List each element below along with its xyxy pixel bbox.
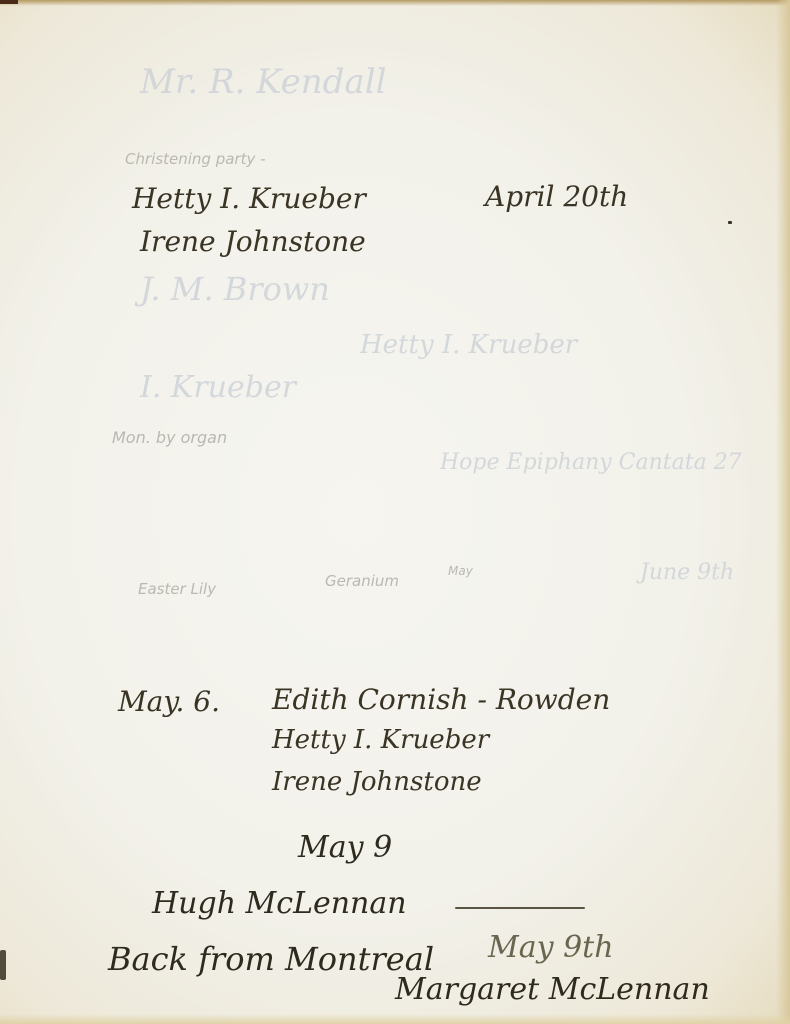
bleed-through-text: Hope Epiphany Cantata 27 [440,450,742,475]
entry-date: May 9 [298,830,392,865]
entry-signature: Hugh McLennan [152,886,407,921]
entry-signature: Edith Cornish - Rowden [272,683,610,716]
entry-signature: Irene Johnstone [140,225,366,258]
pencil-note: Easter Lily [138,580,216,598]
entry-signature: Hetty I. Krueber [132,182,366,215]
pencil-note: Geranium [325,572,399,590]
page-top-edge [0,0,790,6]
bleed-through-text: J. M. Brown [140,270,330,308]
bleed-through-text: June 9th [640,560,734,585]
entry-date: April 20th [485,180,628,213]
binding-mark [0,950,6,980]
bleed-through-text: I. Krueber [140,370,296,405]
bleed-through-text: Hetty I. Krueber [360,330,577,360]
entry-signature: Hetty I. Krueber [272,725,489,755]
pencil-note: May [448,564,473,578]
entry-date: May. 6. [118,685,220,718]
pencil-note: Christening party - [125,150,266,168]
entry-note: Back from Montreal [108,940,434,978]
page-bottom-edge [0,1014,790,1024]
page-right-edge [776,0,790,1024]
entry-signature: Irene Johnstone [272,767,482,797]
bleed-through-text: Mr. R. Kendall [140,62,386,102]
entry-date: May 9th [488,930,614,965]
pencil-note: Mon. by organ [112,428,227,447]
corner-mark [0,0,18,4]
signature-flourish [455,907,585,909]
document-page: Mr. R. Kendall J. M. Brown Hetty I. Krue… [0,0,790,1024]
entry-signature: Margaret McLennan [395,972,710,1007]
ink-speck [728,221,732,224]
